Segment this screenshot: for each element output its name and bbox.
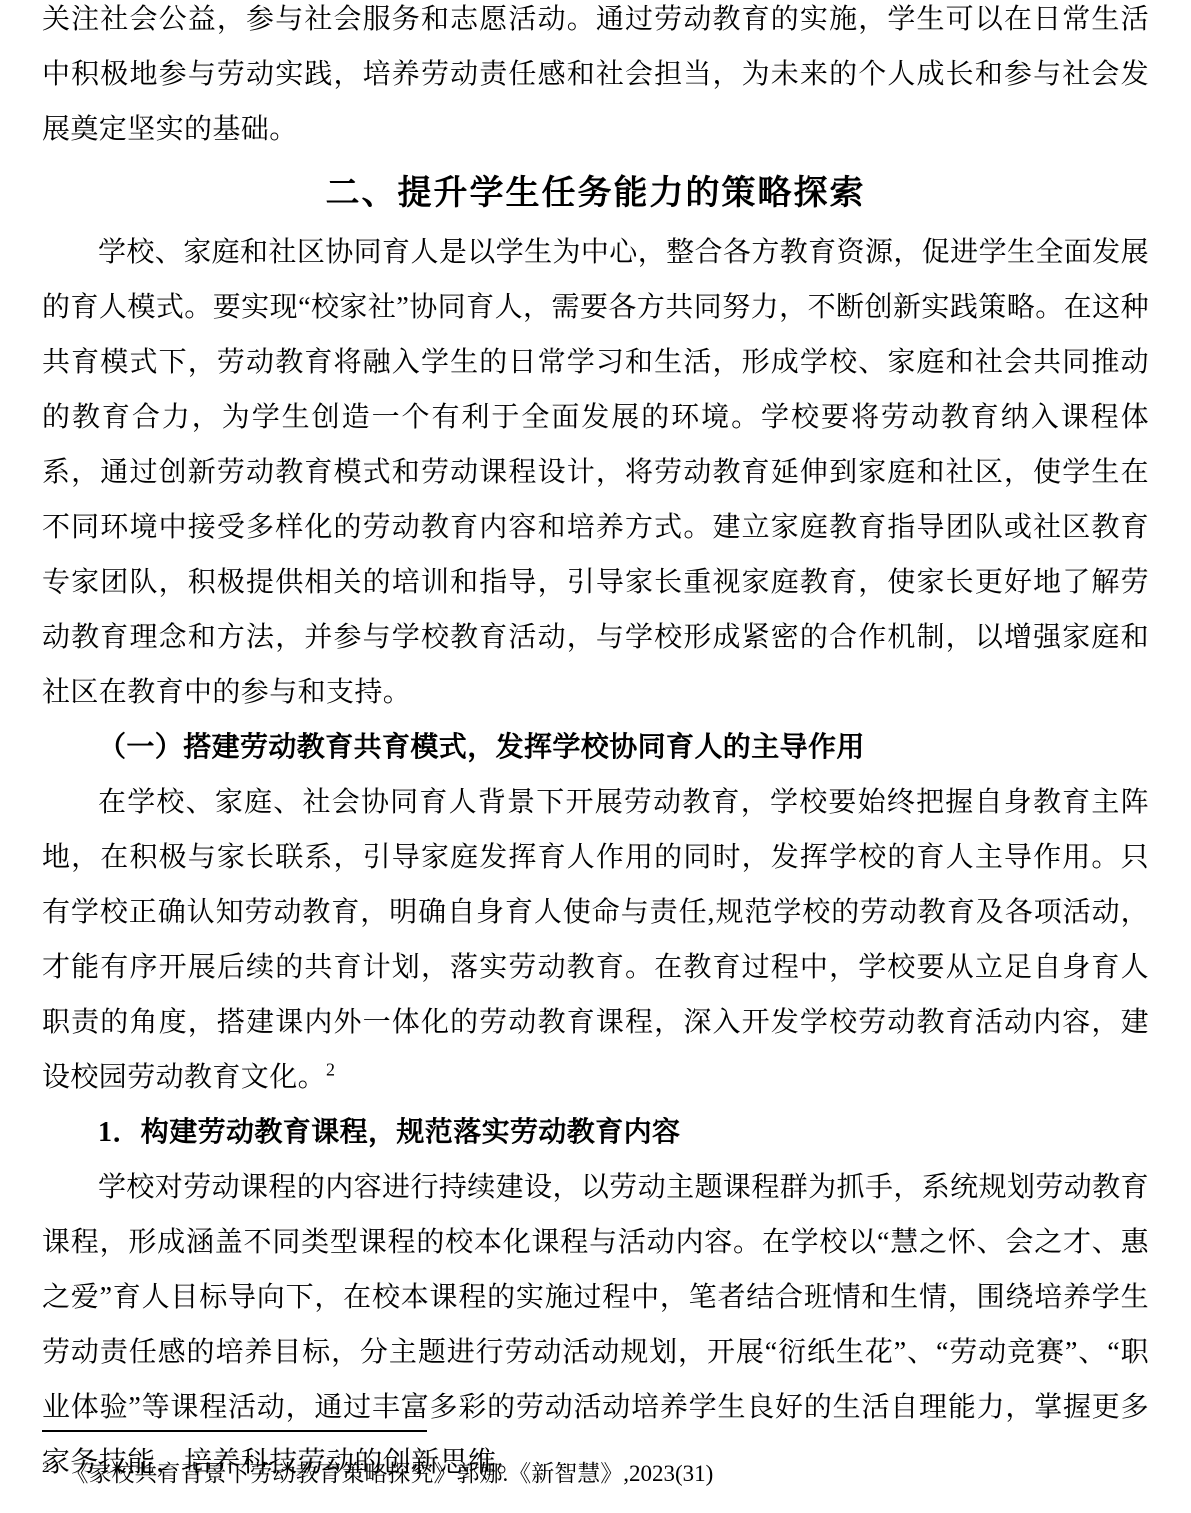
footnote-reference: 2 xyxy=(326,1060,335,1080)
section-paragraph: 学校、家庭和社区协同育人是以学生为中心，整合各方教育资源，促进学生全面发展的育人… xyxy=(42,225,1149,720)
intro-paragraph: 关注社会公益，参与社会服务和志愿活动。通过劳动教育的实施，学生可以在日常生活中积… xyxy=(42,0,1149,157)
section-heading: 二、提升学生任务能力的策略探索 xyxy=(42,165,1149,221)
footnote: 2《家校共育背景下劳动教育策略探究》郭娜.《新智慧》,2023(31) xyxy=(42,1456,1149,1492)
footnote-marker: 2 xyxy=(42,1460,50,1476)
footnote-separator xyxy=(42,1430,427,1432)
footnote-citation: 《家校共育背景下劳动教育策略探究》郭娜.《新智慧》,2023(31) xyxy=(66,1461,714,1486)
document-content: 关注社会公益，参与社会服务和志愿活动。通过劳动教育的实施，学生可以在日常生活中积… xyxy=(42,0,1149,1490)
subheading-curriculum: 1．构建劳动教育课程，规范落实劳动教育内容 xyxy=(42,1105,1149,1160)
subheading-collaborative-mode: （一）搭建劳动教育共育模式，发挥学校协同育人的主导作用 xyxy=(42,720,1149,775)
paragraph-text: 在学校、家庭、社会协同育人背景下开展劳动教育，学校要始终把握自身教育主阵地，在积… xyxy=(42,787,1149,1093)
document-page: 关注社会公益，参与社会服务和志愿活动。通过劳动教育的实施，学生可以在日常生活中积… xyxy=(0,0,1191,1513)
paragraph-with-footnote: 在学校、家庭、社会协同育人背景下开展劳动教育，学校要始终把握自身教育主阵地，在积… xyxy=(42,775,1149,1105)
footnote-area: 2《家校共育背景下劳动教育策略探究》郭娜.《新智慧》,2023(31) xyxy=(42,1430,1149,1492)
